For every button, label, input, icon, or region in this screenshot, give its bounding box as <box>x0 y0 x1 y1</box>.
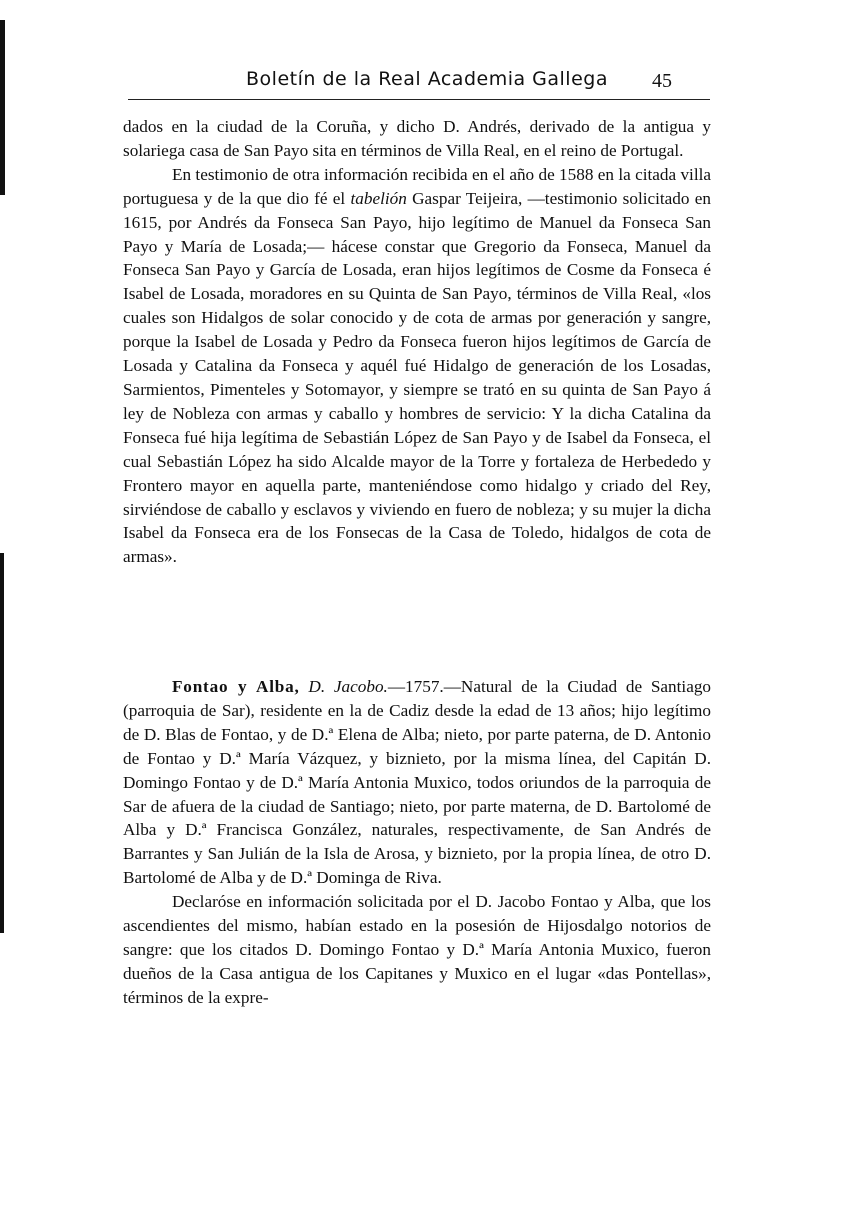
scan-edge-artifact <box>0 553 4 933</box>
paragraph-declaracion: Declaróse en información solicitada por … <box>123 890 711 1010</box>
header-rule <box>128 99 710 100</box>
paragraph-entry-fontao: Fontao y Alba, D. Jacobo.—1757.—Natural … <box>123 675 711 890</box>
paragraph-continuation: dados en la ciudad de la Coruña, y dicho… <box>123 115 711 163</box>
body-text-entry: Fontao y Alba, D. Jacobo.—1757.—Natural … <box>123 675 711 1010</box>
entry-surname: Fontao y Alba, <box>172 677 300 696</box>
page-number: 45 <box>652 70 672 93</box>
entry-given-name: D. Jacobo. <box>308 677 387 696</box>
running-header: Boletín de la Real Academia Gallega 45 <box>128 66 710 100</box>
journal-title: Boletín de la Real Academia Gallega <box>246 68 608 90</box>
paragraph-text: Gaspar Teijeira, —testimonio solicitado … <box>123 189 711 567</box>
scan-edge-artifact <box>0 20 5 195</box>
italic-term: tabelión <box>351 189 407 208</box>
paragraph-testimonio: En testimonio de otra información recibi… <box>123 163 711 569</box>
paragraph-text: —1757.—Natural de la Ciudad de Santiago … <box>123 677 711 887</box>
body-text-top: dados en la ciudad de la Coruña, y dicho… <box>123 115 711 569</box>
